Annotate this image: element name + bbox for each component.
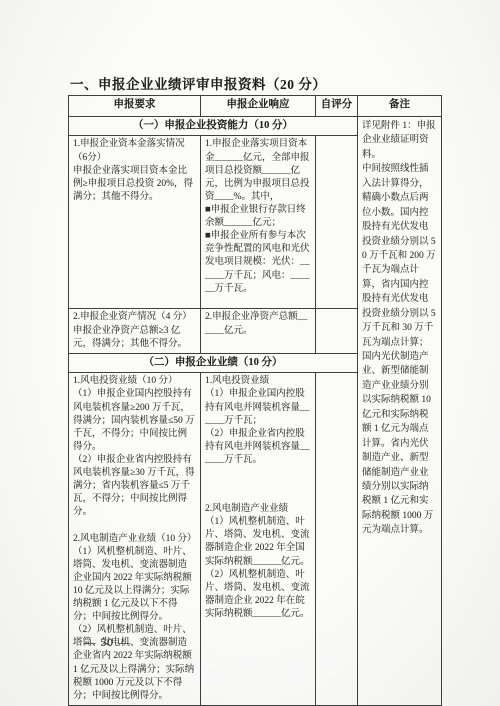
scanned-document-page: 一、申报企业业绩评审申报资料（20 分） 申报要求 申报企业响应 自评分 备注 … bbox=[0, 0, 500, 706]
cell-wind-response: 1.风电投资业绩（1）申报企业国内控股持有风电并网装机容量______万千瓦；（… bbox=[201, 373, 316, 706]
document-title: 一、申报企业业绩评审申报资料（20 分） bbox=[70, 73, 450, 93]
cell-assets-self-score bbox=[316, 309, 358, 353]
page-number: — 50 — bbox=[84, 637, 130, 649]
wind-manufacturing-response: 2.风电制造产业业绩（1）风机整机制造、叶片、塔筒、发电机、变流器制造企业 20… bbox=[205, 503, 311, 621]
cell-remark: 详见附件 1：申报企业业绩证明资料。中间按照线性插入法计算得分，精确小数点后两位… bbox=[358, 117, 442, 706]
table-header-row: 申报要求 申报企业响应 自评分 备注 bbox=[69, 96, 442, 117]
section-title-performance: （二）申报企业业绩（10 分） bbox=[69, 353, 358, 372]
cell-capital-self-score bbox=[316, 136, 358, 309]
wind-investment-requirement: 1.风电投资业绩（10 分）（1）申报企业国内控股持有风电装机容量≥200 万千… bbox=[73, 375, 196, 519]
evaluation-table: 申报要求 申报企业响应 自评分 备注 （一）申报企业投资能力（10 分） 详见附… bbox=[68, 95, 442, 706]
cell-assets-requirement: 2.申报企业资产情况（4 分）申报企业净资产总额≥3 亿元，得满分；其他不得分。 bbox=[69, 309, 201, 353]
col-header-response: 申报企业响应 bbox=[201, 96, 316, 117]
cell-wind-self-score bbox=[316, 373, 358, 706]
col-header-remark: 备注 bbox=[358, 96, 442, 117]
col-header-self-score: 自评分 bbox=[316, 96, 358, 117]
cell-capital-response: 1.申报企业落实项目资本金______亿元，全部申报项目总投资额______亿元… bbox=[201, 136, 316, 309]
wind-manufacturing-requirement: 2.风电制造产业业绩（10 分）（1）风机整机制造、叶片、塔筒、发电机、变流器制… bbox=[73, 533, 196, 703]
col-header-requirement: 申报要求 bbox=[69, 96, 201, 117]
cell-capital-requirement: 1.申报企业资本金落实情况（6分）申报企业落实项目资本金比例≥申报项目总投资 2… bbox=[69, 136, 201, 309]
cell-wind-requirement: 1.风电投资业绩（10 分）（1）申报企业国内控股持有风电装机容量≥200 万千… bbox=[69, 373, 201, 706]
section-row-investment: （一）申报企业投资能力（10 分） 详见附件 1：申报企业业绩证明资料。中间按照… bbox=[69, 117, 442, 136]
cell-assets-response: 2.申报企业净资产总额______亿元。 bbox=[201, 309, 316, 353]
section-title-investment: （一）申报企业投资能力（10 分） bbox=[69, 117, 358, 136]
wind-investment-response: 1.风电投资业绩（1）申报企业国内控股持有风电并网装机容量______万千瓦；（… bbox=[205, 375, 311, 467]
